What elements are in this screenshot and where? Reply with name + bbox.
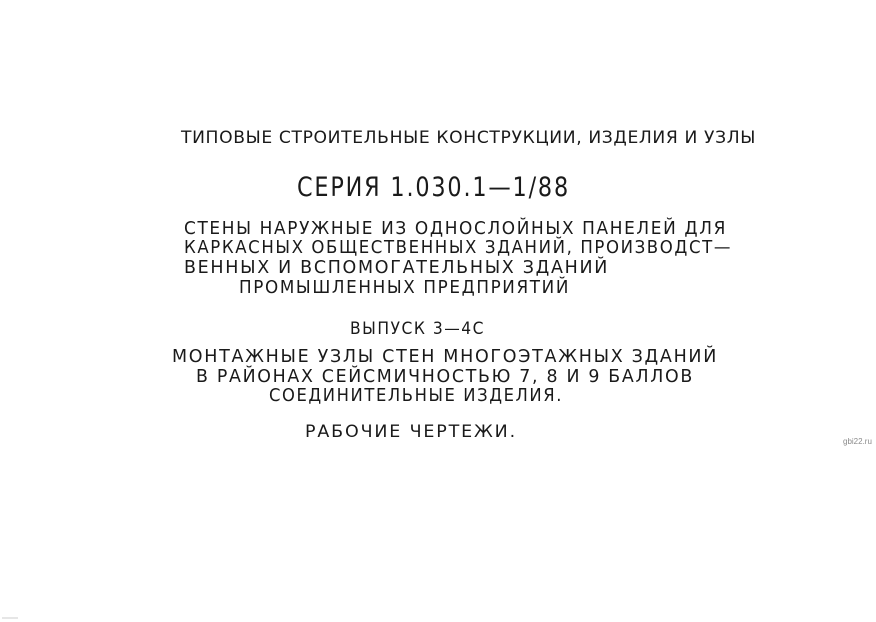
document-type: Рабочие чертежи. [305, 422, 517, 442]
scan-artifact [2, 617, 18, 619]
series-number: Серия 1.030.1—1/88 [297, 172, 570, 203]
document-header: Типовые строительные конструкции, издели… [181, 128, 756, 147]
subtitle-line: в районах сейсмичностью 7, 8 и 9 баллов [196, 367, 694, 387]
title-line: венных и вспомогательных зданий [184, 258, 609, 278]
subtitle-line: Монтажные узлы стен многоэтажных зданий [172, 347, 718, 367]
watermark: gbi22.ru [843, 437, 872, 446]
title-line: промышленных предприятий [239, 278, 570, 298]
title-line: каркасных общественных зданий, производс… [184, 238, 732, 258]
title-line: Стены наружные из однослойных панелей дл… [184, 219, 727, 239]
subtitle-line: Соединительные изделия. [269, 386, 563, 406]
issue-number: Выпуск 3—4с [350, 319, 485, 338]
